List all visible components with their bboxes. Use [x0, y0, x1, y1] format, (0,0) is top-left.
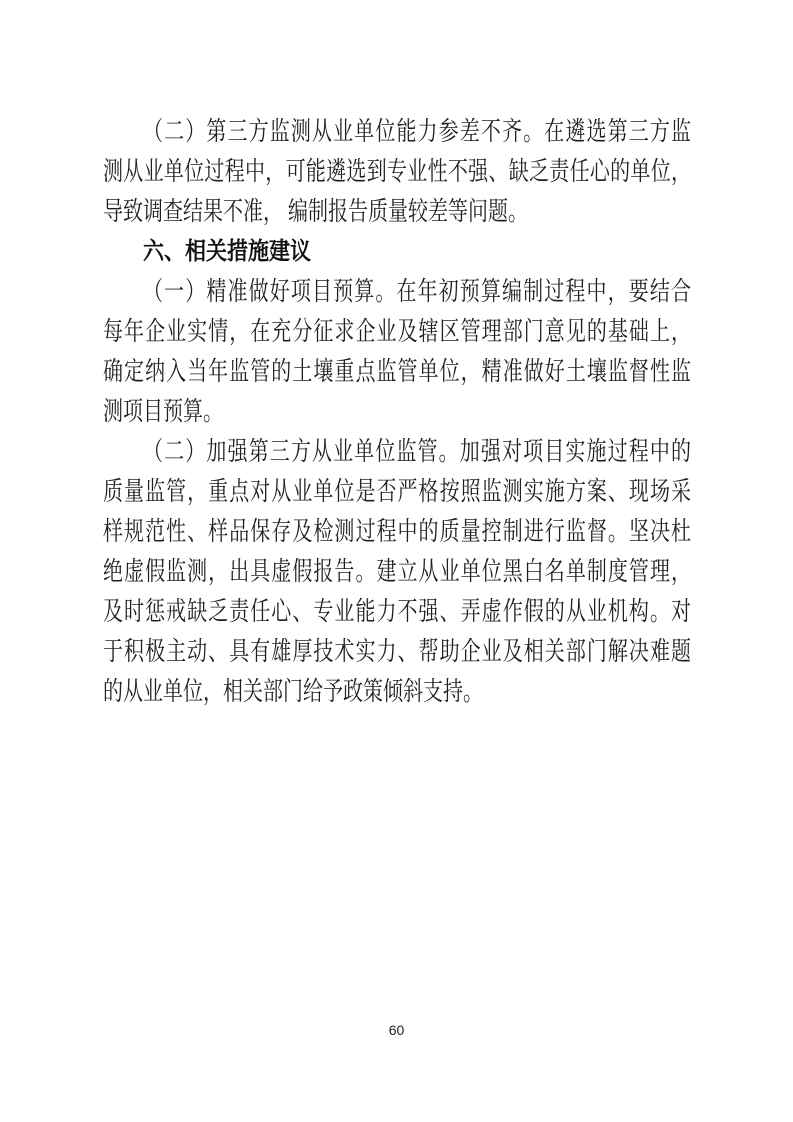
document-page: （二）第三方监测从业单位能力参差不齐。在遴选第三方监 测从业单位过程中，可能遴选… — [0, 0, 793, 1122]
document-body: （二）第三方监测从业单位能力参差不齐。在遴选第三方监 测从业单位过程中，可能遴选… — [103, 112, 691, 712]
paragraph-line: 的从业单位，相关部门给予政策倾斜支持。 — [103, 666, 691, 718]
page-number: 60 — [0, 1022, 793, 1038]
